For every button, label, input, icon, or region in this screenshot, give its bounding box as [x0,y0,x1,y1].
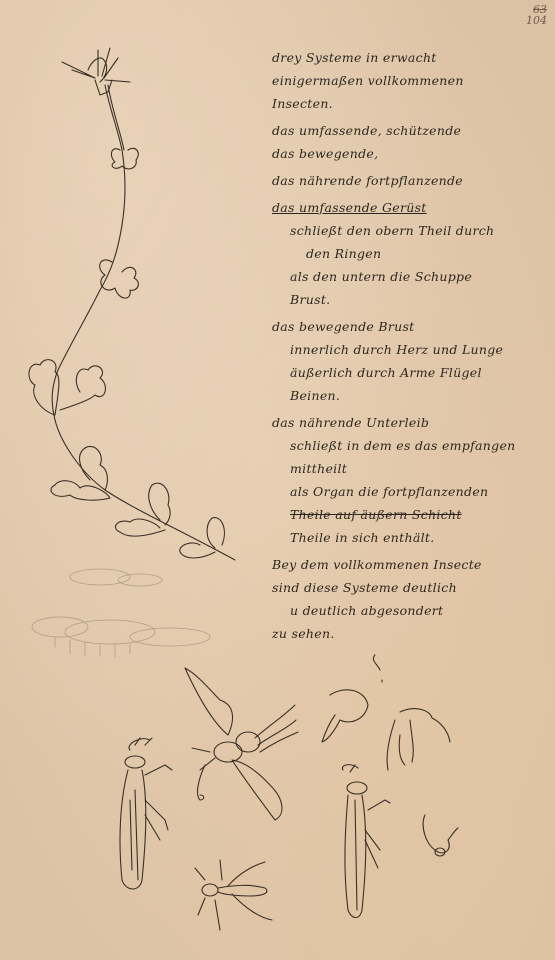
text-line: schließt in dem es das empfangen [272,434,547,457]
paragraph-systems: das umfassende, schützende das bewegende… [272,119,547,165]
text-line: Bey dem vollkommenen Insecte [272,553,547,576]
faint-larva-sketch [32,569,210,657]
text-line: als den untern die Schuppe [272,265,547,288]
paragraph-moving: das bewegende Brust innerlich durch Herz… [272,315,547,407]
text-line: das umfassende Gerüst [272,196,547,219]
text-line: äußerlich durch Arme Flügel [272,361,547,384]
text-line: den Ringen [272,242,547,265]
paragraph-abdomen: das nährende Unterleib schließt in dem e… [272,411,547,549]
paragraph-framework: das umfassende Gerüst schließt den obern… [272,196,547,311]
grasshopper-left-sketch [120,738,172,889]
text-line: das bewegende Brust [272,315,547,338]
text-line: Brust. [272,288,547,311]
small-detail-sketch [423,815,458,856]
paragraph-intro: drey Systeme in erwacht einigermaßen vol… [272,46,547,115]
text-line: als Organ die fortpflanzenden [272,480,547,503]
small-winged-insect-sketch [195,860,272,930]
text-line: Theile in sich enthält. [272,526,547,549]
text-line: das bewegende, [272,142,547,165]
handwritten-text-block: drey Systeme in erwacht einigermaßen vol… [272,46,547,649]
winged-insect-sketch [185,668,298,820]
text-line: einigermaßen vollkommenen [272,69,547,92]
text-line: das nährende fortpflanzende [272,169,547,192]
text-line: Insecten. [272,92,547,115]
text-line: mittheilt [272,457,547,480]
text-line: Beinen. [272,384,547,407]
text-line: zu sehen. [272,622,547,645]
text-line: innerlich durch Herz und Lunge [272,338,547,361]
text-line: sind diese Systeme deutlich [272,576,547,599]
grasshopper-right-sketch [342,765,390,918]
text-line: das nährende Unterleib [272,411,547,434]
claw-details-sketch [322,655,450,770]
text-line: drey Systeme in erwacht [272,46,547,69]
struck-text-line: Theile auf äußern Schicht [272,503,547,526]
text-line: u deutlich abgesondert [272,599,547,622]
paragraph-conclusion: Bey dem vollkommenen Insecte sind diese … [272,553,547,645]
paragraph-nourishing: das nährende fortpflanzende [272,169,547,192]
text-line: schließt den obern Theil durch [272,219,547,242]
plant-sprig-sketch [29,48,235,560]
text-line: das umfassende, schützende [272,119,547,142]
